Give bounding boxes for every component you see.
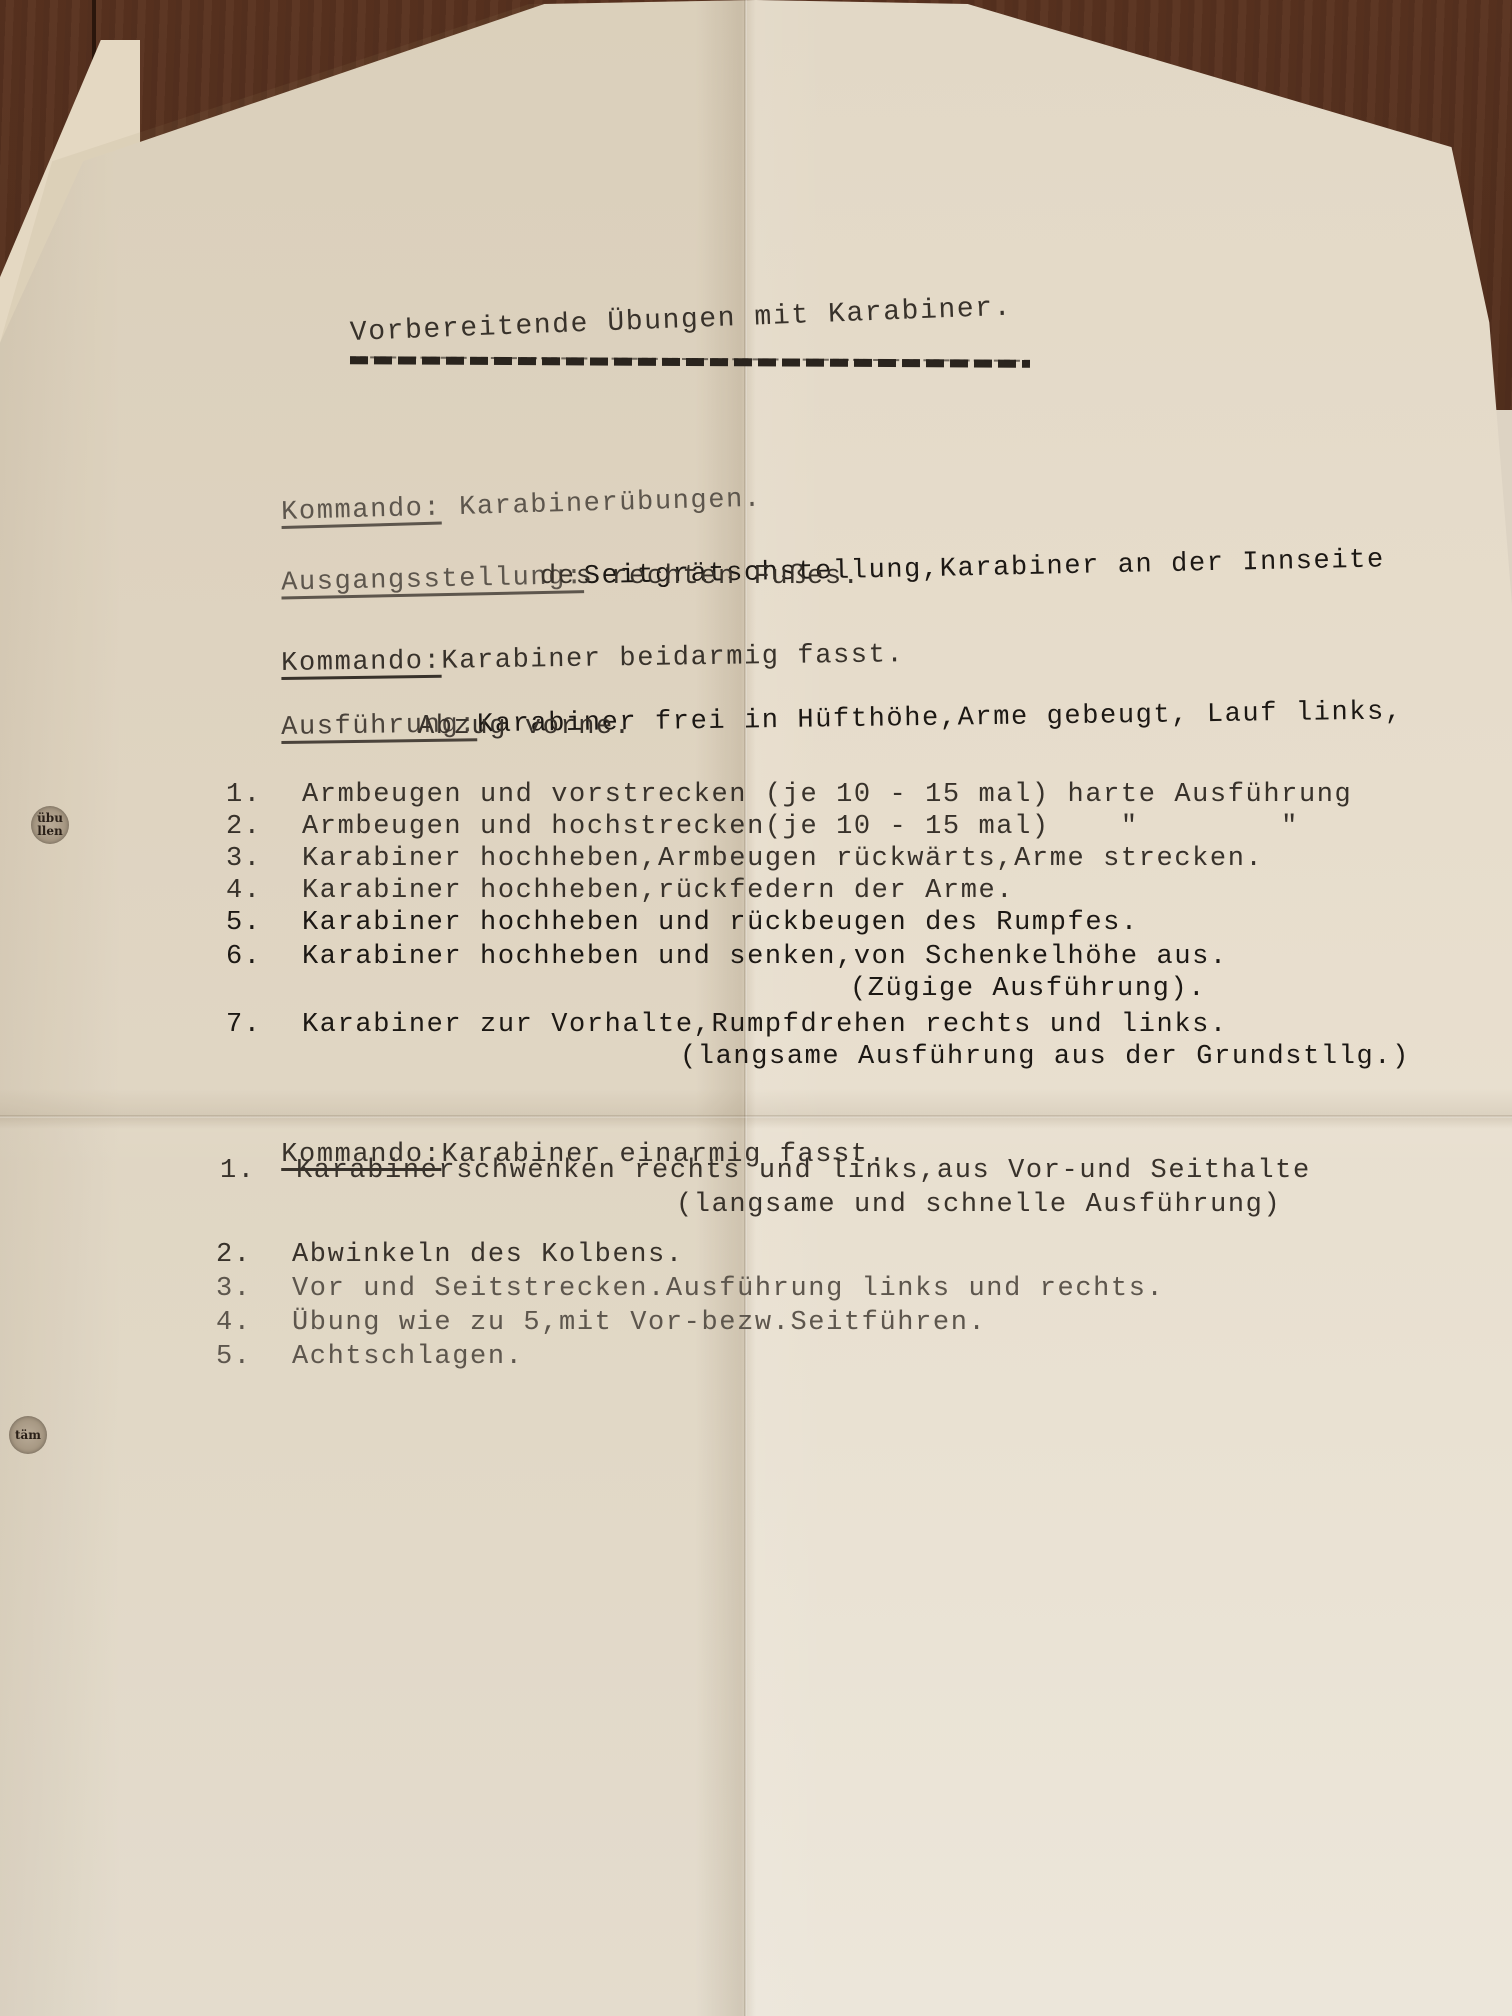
list-item-note: (langsame und schnelle Ausführung) bbox=[676, 1190, 1281, 1220]
starting-position-label: Ausgangsstellung: bbox=[281, 562, 584, 598]
item-text: Übung wie zu 5,mit Vor-bezw.Seitführen. bbox=[292, 1308, 986, 1338]
item-number: 1. bbox=[220, 1156, 296, 1186]
list-item: 5.Karabiner hochheben und rückbeugen des… bbox=[226, 908, 1139, 938]
command-label: Kommando: bbox=[281, 647, 442, 679]
item-text: Karabinerschwenken rechts und links,aus … bbox=[296, 1156, 1311, 1186]
document-body: Vorbereitende Übungen mit Karabiner. Kom… bbox=[0, 0, 1512, 2016]
list-item: 3.Vor und Seitstrecken.Ausführung links … bbox=[216, 1274, 1164, 1304]
list-item: 2.Abwinkeln des Kolbens. bbox=[216, 1240, 684, 1270]
item-text: Abwinkeln des Kolbens. bbox=[292, 1240, 684, 1270]
document-title: Vorbereitende Übungen mit Karabiner. bbox=[349, 293, 1012, 349]
starting-position-continuation: des rechten Fußes. bbox=[540, 562, 860, 592]
execution-continuation: Abzug vorne. bbox=[418, 712, 632, 742]
item-number: 6. bbox=[226, 942, 302, 972]
item-number: 5. bbox=[226, 908, 302, 938]
list-item: 3.Karabiner hochheben,Armbeugen rückwärt… bbox=[226, 844, 1263, 874]
list-item-note: (Zügige Ausführung). bbox=[850, 974, 1206, 1004]
list-item: 5.Achtschlagen. bbox=[216, 1342, 523, 1372]
item-number: 2. bbox=[216, 1240, 292, 1270]
item-text: Karabiner hochheben und senken,von Schen… bbox=[302, 942, 1228, 972]
command-label: Kommando: bbox=[281, 494, 442, 528]
item-number: 4. bbox=[226, 876, 302, 906]
item-text: Karabiner hochheben und rückbeugen des R… bbox=[302, 908, 1139, 938]
execution-line: Ausführung:Karabiner frei in Hüfthöhe,Ar… bbox=[209, 667, 1403, 774]
list-item: 4.Übung wie zu 5,mit Vor-bezw.Seitführen… bbox=[216, 1308, 986, 1338]
command-text: Karabiner beidarmig fasst. bbox=[441, 640, 904, 676]
item-text: Achtschlagen. bbox=[292, 1342, 523, 1372]
item-number: 4. bbox=[216, 1308, 292, 1338]
list-item: 1.Armbeugen und vorstrecken (je 10 - 15 … bbox=[226, 780, 1352, 810]
item-text: Vor und Seitstrecken.Ausführung links un… bbox=[292, 1274, 1164, 1304]
list-item: 4.Karabiner hochheben,rückfedern der Arm… bbox=[226, 876, 1014, 906]
command-text: Karabinerübungen. bbox=[441, 485, 762, 524]
item-number: 3. bbox=[226, 844, 302, 874]
item-text: Karabiner hochheben,rückfedern der Arme. bbox=[302, 876, 1014, 906]
list-item-note: (langsame Ausführung aus der Grundstllg.… bbox=[680, 1042, 1410, 1072]
item-text: Armbeugen und vorstrecken (je 10 - 15 ma… bbox=[302, 780, 1352, 810]
item-number: 7. bbox=[226, 1010, 302, 1040]
item-text: Armbeugen und hochstrecken(je 10 - 15 ma… bbox=[302, 812, 1299, 842]
list-item: 2.Armbeugen und hochstrecken(je 10 - 15 … bbox=[226, 812, 1299, 842]
item-text: Karabiner zur Vorhalte,Rumpfdrehen recht… bbox=[302, 1010, 1228, 1040]
item-number: 5. bbox=[216, 1342, 292, 1372]
list-item: 6.Karabiner hochheben und senken,von Sch… bbox=[226, 942, 1228, 972]
list-item: 1.Karabinerschwenken rechts und links,au… bbox=[220, 1156, 1311, 1186]
item-number: 2. bbox=[226, 812, 302, 842]
item-number: 3. bbox=[216, 1274, 292, 1304]
item-number: 1. bbox=[226, 780, 302, 810]
title-double-underline bbox=[350, 356, 1030, 368]
list-item: 7.Karabiner zur Vorhalte,Rumpfdrehen rec… bbox=[226, 1010, 1228, 1040]
command-line-one-arm: Kommando:Karabiner einarmig fasst. bbox=[210, 1110, 887, 1200]
item-text: Karabiner hochheben,Armbeugen rückwärts,… bbox=[302, 844, 1263, 874]
